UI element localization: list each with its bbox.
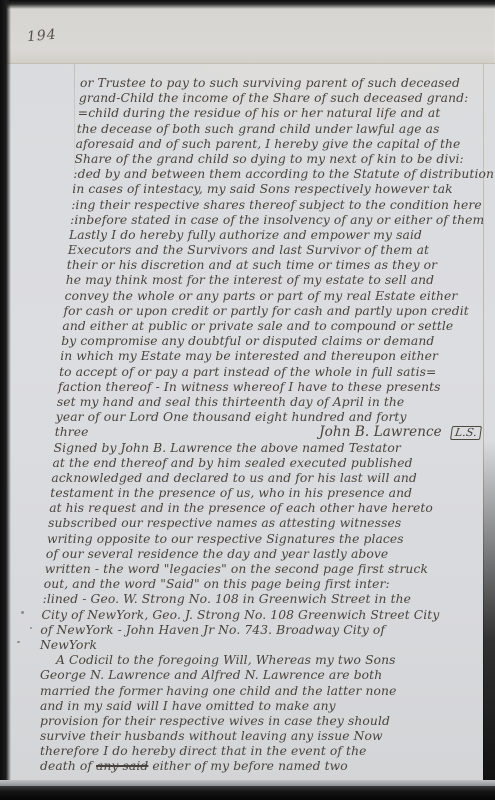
paper-stain-speck bbox=[17, 641, 20, 643]
book-top-edge bbox=[0, 0, 495, 9]
manuscript-line: by compromise any doubtful or disputed c… bbox=[0, 334, 495, 349]
manuscript-line: their or his discretion and at such time… bbox=[0, 258, 495, 273]
manuscript-line: Executors and the Survivors and last Sur… bbox=[0, 243, 495, 258]
manuscript-line: out, and the word "Said" on this page be… bbox=[0, 577, 495, 592]
manuscript-line: at his request and in the presence of ea… bbox=[0, 501, 495, 516]
manuscript-line: and either at public or private sale and… bbox=[0, 319, 495, 334]
manuscript-line: in cases of intestacy, my said Sons resp… bbox=[0, 182, 495, 197]
manuscript-line: or Trustee to pay to such surviving pare… bbox=[0, 76, 495, 91]
manuscript-line: convey the whole or any parts or part of… bbox=[0, 289, 495, 304]
manuscript-line: the decease of both such grand child und… bbox=[0, 122, 495, 137]
manuscript-line: grand-Child the income of the Share of s… bbox=[0, 91, 495, 106]
manuscript-line: survive their husbands without leaving a… bbox=[0, 729, 495, 744]
manuscript-line: death of any said either of my before na… bbox=[0, 759, 495, 774]
manuscript-line: A Codicil to the foregoing Will, Whereas… bbox=[0, 653, 495, 668]
manuscript-line: of our several residence the day and yea… bbox=[0, 547, 495, 562]
manuscript-line: written - the word "legacies" on the sec… bbox=[0, 562, 495, 577]
manuscript-line: Signed by John B. Lawrence the above nam… bbox=[0, 441, 495, 456]
testator-signature: John B. Lawrence L.S. bbox=[319, 425, 481, 440]
manuscript-line: year of our Lord One thousand eight hund… bbox=[0, 410, 495, 425]
manuscript-line: =child during the residue of his or her … bbox=[0, 106, 495, 121]
book-right-edge bbox=[483, 0, 495, 800]
seal-mark: L.S. bbox=[450, 426, 482, 440]
manuscript-line: :inbefore stated in case of the insolven… bbox=[0, 213, 495, 228]
manuscript-line: NewYork bbox=[0, 638, 495, 653]
book-bottom-edge bbox=[0, 786, 495, 800]
manuscript-line: Lastly I do hereby fully authorize and e… bbox=[0, 228, 495, 243]
manuscript-line: :lined - Geo. W. Strong No. 108 in Green… bbox=[0, 592, 495, 607]
manuscript-text: or Trustee to pay to such surviving pare… bbox=[0, 76, 495, 775]
manuscript-line: faction thereof - In witness whereof I h… bbox=[0, 380, 495, 395]
manuscript-line: to accept of or pay a part instead of th… bbox=[0, 365, 495, 380]
paper-stain-speck bbox=[21, 611, 24, 614]
manuscript-line: aforesaid and of such parent, I hereby g… bbox=[0, 137, 495, 152]
manuscript-line: :ing their respective shares thereof sub… bbox=[0, 198, 495, 213]
book-left-edge bbox=[0, 0, 11, 800]
paper-stain-speck bbox=[30, 627, 32, 629]
manuscript-line: set my hand and seal this thirteenth day… bbox=[0, 395, 495, 410]
manuscript-line: testament in the presence of us, who in … bbox=[0, 486, 495, 501]
scanned-will-page: 194 or Trustee to pay to such surviving … bbox=[0, 0, 495, 800]
manuscript-line: Share of the grand child so dying to my … bbox=[0, 152, 495, 167]
manuscript-line: :ded by and between them according to th… bbox=[0, 167, 495, 182]
manuscript-line: he may think most for the interest of my… bbox=[0, 273, 495, 288]
sheet-top-edge bbox=[0, 0, 495, 64]
manuscript-line: writing opposite to our respective Signa… bbox=[0, 532, 495, 547]
line-text: three bbox=[55, 425, 89, 440]
manuscript-line: and in my said will I have omitted to ma… bbox=[0, 699, 495, 714]
manuscript-line: George N. Lawrence and Alfred N. Lawrenc… bbox=[0, 668, 495, 683]
manuscript-line: City of NewYork, Geo. J. Strong No. 108 … bbox=[0, 608, 495, 623]
manuscript-line: acknowledged and declared to us and for … bbox=[0, 471, 495, 486]
manuscript-line: at the end thereof and by him sealed exe… bbox=[0, 456, 495, 471]
page-number: 194 bbox=[26, 27, 57, 46]
manuscript-line: in which my Estate may be interested and… bbox=[0, 349, 495, 364]
manuscript-line: threeJohn B. Lawrence L.S. bbox=[0, 425, 495, 440]
struck-out-text: any said bbox=[96, 759, 148, 773]
manuscript-line: for cash or upon credit or partly for ca… bbox=[0, 304, 495, 319]
manuscript-line: of NewYork - John Haven Jr No. 743. Broa… bbox=[0, 623, 495, 638]
manuscript-line: therefore I do hereby direct that in the… bbox=[0, 744, 495, 759]
manuscript-line: provision for their respective wives in … bbox=[0, 714, 495, 729]
manuscript-line: married the former having one child and … bbox=[0, 684, 495, 699]
manuscript-line: subscribed our respective names as attes… bbox=[0, 516, 495, 531]
